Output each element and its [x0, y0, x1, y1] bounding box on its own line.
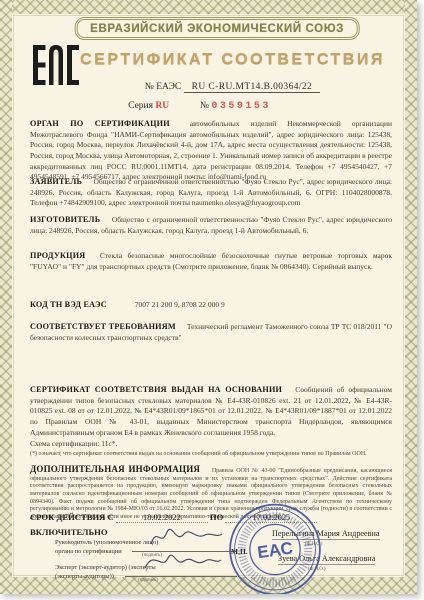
expert-signature-line	[125, 576, 237, 577]
series-value: RU	[155, 101, 169, 111]
series-line: Серия RU № 0359153	[62, 101, 337, 112]
certificate-number-line: № ЕАЭС RU C-RU.MT14.B.00364/22	[62, 82, 403, 92]
certification-body-stamp: ЕАС	[215, 494, 335, 594]
certification-body-label: ОРГАН ПО СЕРТИФИКАЦИИ	[30, 119, 170, 128]
serial-sign: №	[200, 101, 209, 111]
applicant-text: Общество с ограниченной ответственностью…	[30, 177, 392, 207]
serial-number: 0359153	[211, 101, 271, 112]
certification-scheme: Схема сертификации: 11с*.	[30, 439, 392, 450]
manufacturer-label: ИЗГОТОВИТЕЛЬ	[30, 215, 100, 224]
basis-paragraph: СЕРТИФИКАТ СООТВЕТСТВИЯ ВЫДАН НА ОСНОВАН…	[30, 384, 392, 438]
applicant-label: ЗАЯВИТЕЛЬ	[30, 177, 82, 186]
stamp-center-text: ЕАС	[256, 538, 294, 562]
section-requirements: СООТВЕТСТВУЕТ ТРЕБОВАНИЯМ Технический ре…	[30, 321, 392, 343]
validity-from-label: СРОК ДЕЙСТВИЯ С	[30, 512, 114, 522]
additional-info-label: ДОПОЛНИТЕЛЬНАЯ ИНФОРМАЦИЯ	[30, 464, 200, 474]
union-name-banner: ЕВРАЗИЙСКИЙ ЭКОНОМИЧЕСКИЙ СОЮЗ	[74, 17, 360, 40]
number-label: № ЕАЭС	[145, 82, 181, 92]
border-ornament-left	[0, 0, 12, 594]
expert-signature	[142, 549, 224, 575]
border-ornament-right	[405, 0, 417, 594]
tnved-value: 7007 21 200 9, 8708 22 000 9	[135, 300, 225, 309]
expert-signature-caption: (подпись)	[138, 578, 158, 583]
series-label: Серия	[128, 101, 153, 111]
section-basis: СЕРТИФИКАТ СООТВЕТСТВИЯ ВЫДАН НА ОСНОВАН…	[30, 384, 392, 459]
head-signature	[147, 524, 225, 550]
requirements-label: СООТВЕТСТВУЕТ ТРЕБОВАНИЯМ	[30, 322, 176, 331]
border-ornament-top	[0, 0, 417, 14]
section-tnved-code: КОД ТН ВЭД ЕАЭС 7007 21 200 9, 8708 22 0…	[30, 299, 392, 311]
basis-label: СЕРТИФИКАТ СООТВЕТСТВИЯ ВЫДАН НА ОСНОВАН…	[30, 385, 282, 394]
section-product: ПРОДУКЦИЯ Стекла безопасные многослойные…	[30, 250, 392, 272]
certification-body-text: автомобильных изделий Некоммерческой орг…	[30, 119, 392, 181]
section-certification-body: ОРГАН ПО СЕРТИФИКАЦИИ автомобильных изде…	[30, 118, 392, 183]
section-applicant: ЗАЯВИТЕЛЬ Общество с ограниченной ответс…	[30, 176, 392, 209]
section-manufacturer: ИЗГОТОВИТЕЛЬ Общество с ограниченной отв…	[30, 214, 392, 236]
validity-inclusive: ВКЛЮЧИТЕЛЬНО	[30, 527, 108, 537]
certificate-page: ЕВРАЗИЙСКИЙ ЭКОНОМИЧЕСКИЙ СОЮЗ СЕРТИФИКА…	[0, 0, 417, 594]
document-title: СЕРТИФИКАТ СООТВЕТСТВИЯ	[62, 51, 403, 69]
tnved-label: КОД ТН ВЭД ЕАЭС	[30, 300, 107, 309]
basis-footnote: (*) означает, что сертификат соответстви…	[30, 451, 392, 459]
validity-date-from: 18.02.2022	[116, 513, 208, 523]
product-label: ПРОДУКЦИЯ	[30, 251, 85, 260]
certificate-number: RU C-RU.MT14.B.00364/22	[184, 82, 321, 93]
